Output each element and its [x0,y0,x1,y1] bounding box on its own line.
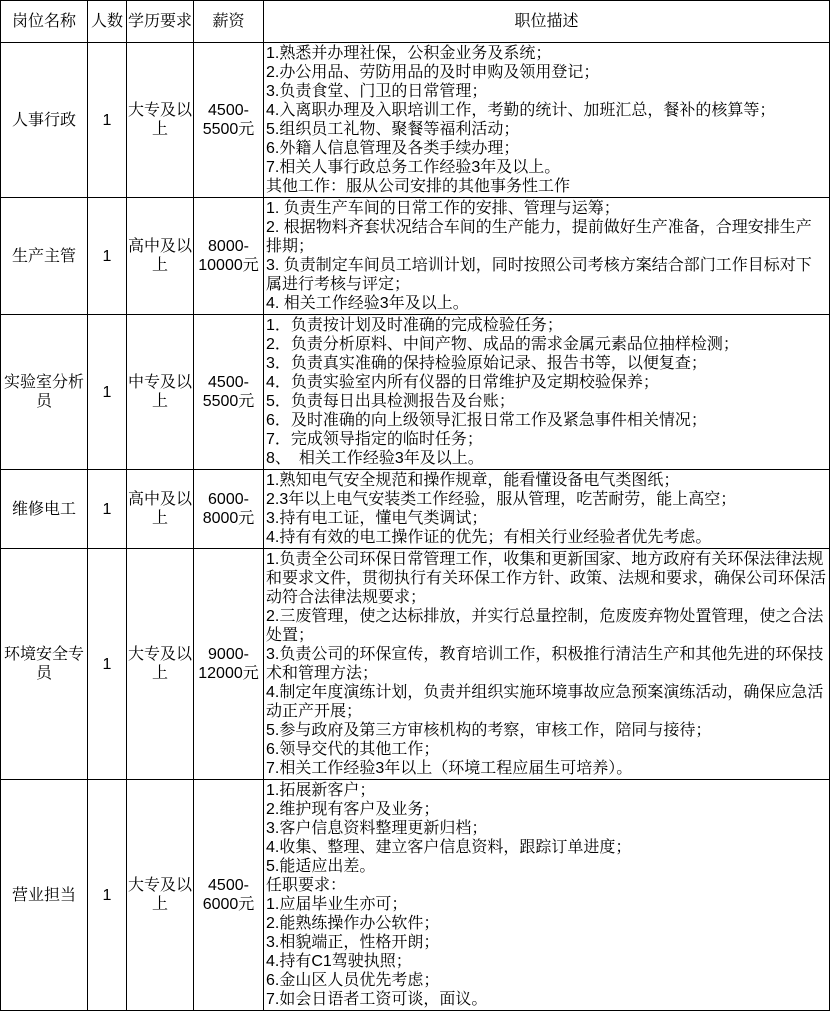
salary-cell: 6000-8000元 [194,470,264,549]
education-cell: 高中及以上 [127,470,194,549]
header-salary: 薪资 [194,1,264,43]
description-cell: 1. 负责生产车间的日常工作的安排、管理与运筹； 2. 根据物料齐套状况结合车间… [264,198,830,315]
job-listings-table: 岗位名称 人数 学历要求 薪资 职位描述 人事行政 1 大专及以上 4500-5… [0,0,830,1011]
position-cell: 维修电工 [1,470,88,549]
header-education: 学历要求 [127,1,194,43]
header-position: 岗位名称 [1,1,88,43]
education-cell: 大专及以上 [127,43,194,198]
count-cell: 1 [88,198,127,315]
position-cell: 营业担当 [1,780,88,1011]
education-cell: 中专及以上 [127,315,194,470]
header-count: 人数 [88,1,127,43]
education-cell: 大专及以上 [127,549,194,780]
count-cell: 1 [88,780,127,1011]
position-cell: 实验室分析员 [1,315,88,470]
table-row: 生产主管 1 高中及以上 8000-10000元 1. 负责生产车间的日常工作的… [1,198,830,315]
salary-cell: 4500-5500元 [194,315,264,470]
table-row: 维修电工 1 高中及以上 6000-8000元 1.熟知电气安全规范和操作规章，… [1,470,830,549]
salary-cell: 8000-10000元 [194,198,264,315]
count-cell: 1 [88,470,127,549]
description-cell: 1．负责按计划及时准确的完成检验任务； 2．负责分析原料、中间产物、成品的需求金… [264,315,830,470]
table-row: 实验室分析员 1 中专及以上 4500-5500元 1．负责按计划及时准确的完成… [1,315,830,470]
description-cell: 1.熟悉并办理社保，公积金业务及系统； 2.办公用品、劳防用品的及时申购及领用登… [264,43,830,198]
count-cell: 1 [88,315,127,470]
header-description: 职位描述 [264,1,830,43]
table-row: 人事行政 1 大专及以上 4500-5500元 1.熟悉并办理社保，公积金业务及… [1,43,830,198]
table-row: 营业担当 1 大专及以上 4500-6000元 1.拓展新客户； 2.维护现有客… [1,780,830,1011]
description-cell: 1.熟知电气安全规范和操作规章，能看懂设备电气类图纸； 2.3年以上电气安装类工… [264,470,830,549]
count-cell: 1 [88,549,127,780]
description-cell: 1.拓展新客户； 2.维护现有客户及业务； 3.客户信息资料整理更新归档； 4.… [264,780,830,1011]
position-cell: 人事行政 [1,43,88,198]
position-cell: 环境安全专员 [1,549,88,780]
description-cell: 1.负责全公司环保日常管理工作，收集和更新国家、地方政府有关环保法律法规和要求文… [264,549,830,780]
salary-cell: 4500-5500元 [194,43,264,198]
salary-cell: 4500-6000元 [194,780,264,1011]
education-cell: 大专及以上 [127,780,194,1011]
count-cell: 1 [88,43,127,198]
table-header-row: 岗位名称 人数 学历要求 薪资 职位描述 [1,1,830,43]
education-cell: 高中及以上 [127,198,194,315]
position-cell: 生产主管 [1,198,88,315]
table-row: 环境安全专员 1 大专及以上 9000-12000元 1.负责全公司环保日常管理… [1,549,830,780]
salary-cell: 9000-12000元 [194,549,264,780]
